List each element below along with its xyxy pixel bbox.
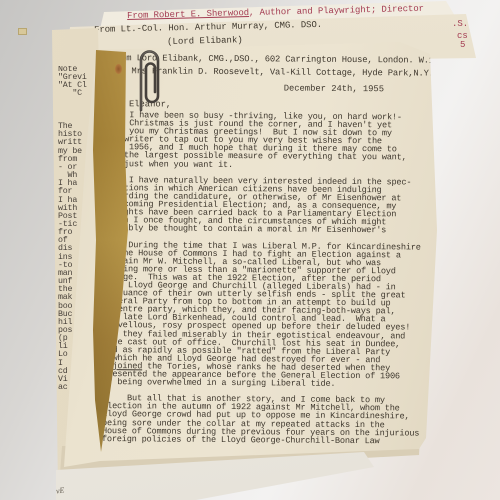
rust-stain	[115, 64, 122, 74]
handwritten-mark: vE	[55, 485, 65, 495]
paperclip-icon	[134, 44, 168, 118]
paper-speck	[18, 28, 27, 35]
photo-of-letters: { "colors": { "red_ink": "#a43d53", "typ…	[0, 0, 500, 500]
paperclip	[134, 44, 168, 118]
letter-date: December 24th, 1955	[284, 83, 384, 94]
murray-elibank-line: (Lord Elibank)	[167, 35, 243, 47]
sherwood-header-underlined: From Robert E. Sherwood	[127, 8, 249, 21]
sherwood-header-rest: , Author and Playwright; Director	[249, 4, 424, 18]
letter-body: I have been so busy -thriving, like you,…	[102, 111, 422, 445]
red-text-fragment: .S.	[452, 19, 468, 29]
red-text-fragment: 5	[460, 40, 465, 50]
